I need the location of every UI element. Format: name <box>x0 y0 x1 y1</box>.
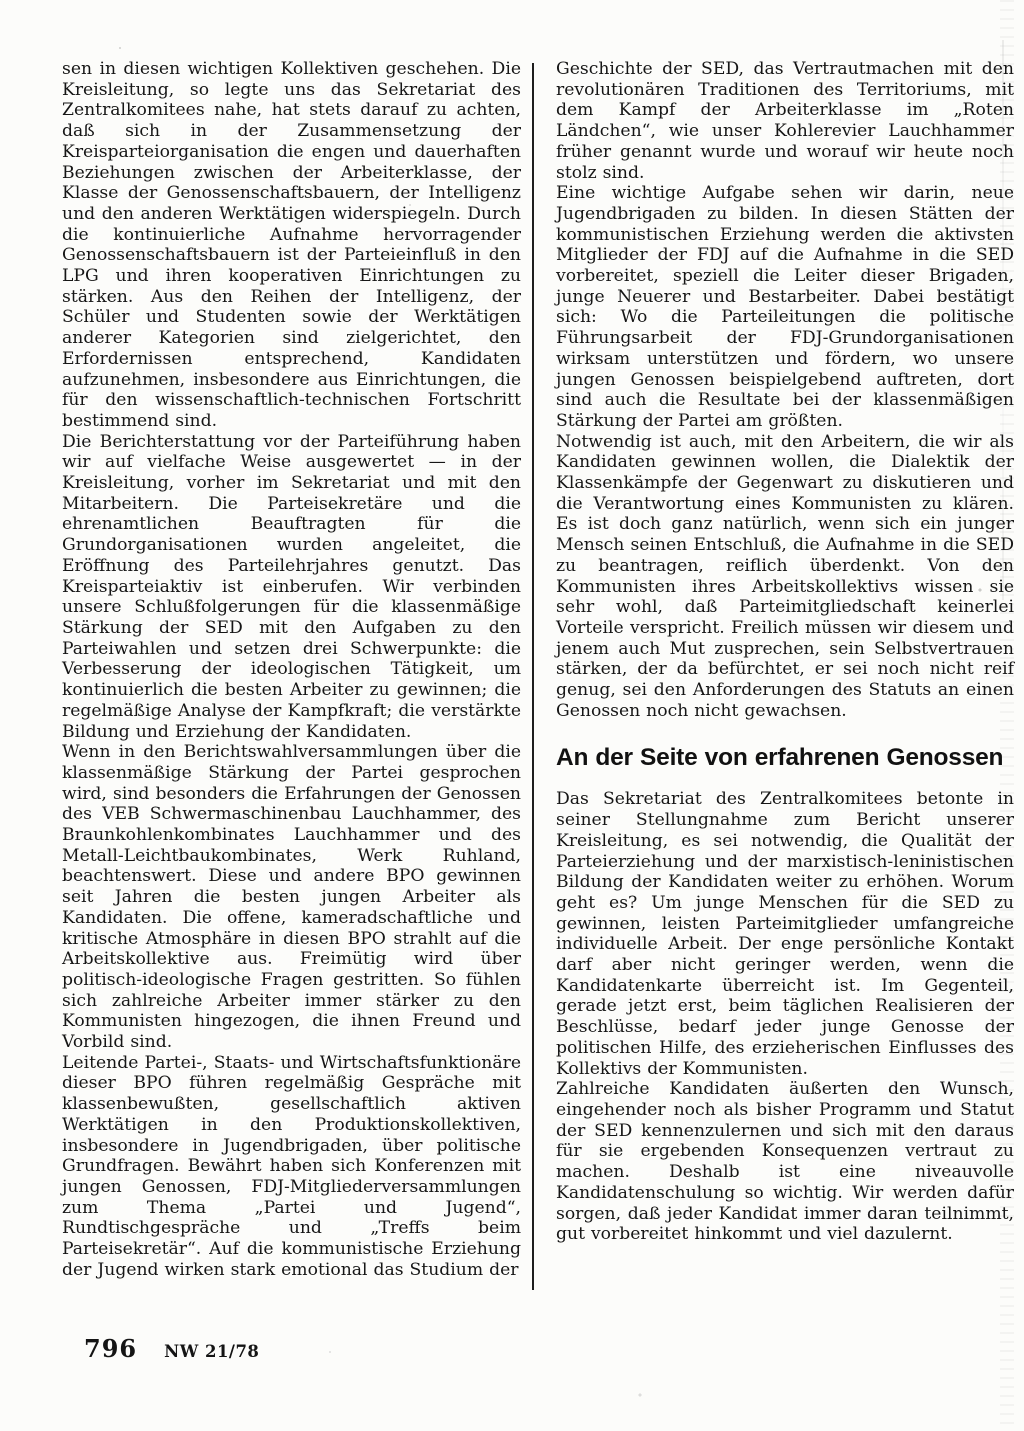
body-paragraph: Die Berichterstattung vor der Parteiführ… <box>62 432 521 743</box>
body-paragraph: Wenn in den Berichtswahlversammlungen üb… <box>62 742 521 1053</box>
body-paragraph: Leitende Partei-, Staats- und Wirtschaft… <box>62 1053 521 1281</box>
body-paragraph: sen in diesen wichtigen Kollektiven gesc… <box>62 59 521 432</box>
body-paragraph: Eine wichtige Aufgabe sehen wir darin, n… <box>556 183 1014 431</box>
page-number: 796 <box>84 1334 137 1363</box>
journal-issue-label: NW 21/78 <box>164 1342 259 1361</box>
right-column: Geschichte der SED, das Vertrautmachen m… <box>556 59 1014 1245</box>
body-paragraph: Geschichte der SED, das Vertrautmachen m… <box>556 59 1014 183</box>
body-paragraph: Notwendig ist auch, mit den Arbeitern, d… <box>556 432 1014 722</box>
scanned-journal-page: sen in diesen wichtigen Kollektiven gesc… <box>0 0 1024 1431</box>
body-paragraph: Zahlreiche Kandidaten äußerten den Wunsc… <box>556 1079 1014 1245</box>
section-heading: An der Seite von erfahrenen Genossen <box>556 745 1014 772</box>
left-column: sen in diesen wichtigen Kollektiven gesc… <box>62 59 521 1280</box>
column-divider-rule <box>532 63 534 1290</box>
page-footer: 796 NW 21/78 <box>84 1334 259 1363</box>
body-paragraph: Das Sekretariat des Zentralkomitees beto… <box>556 789 1014 1079</box>
